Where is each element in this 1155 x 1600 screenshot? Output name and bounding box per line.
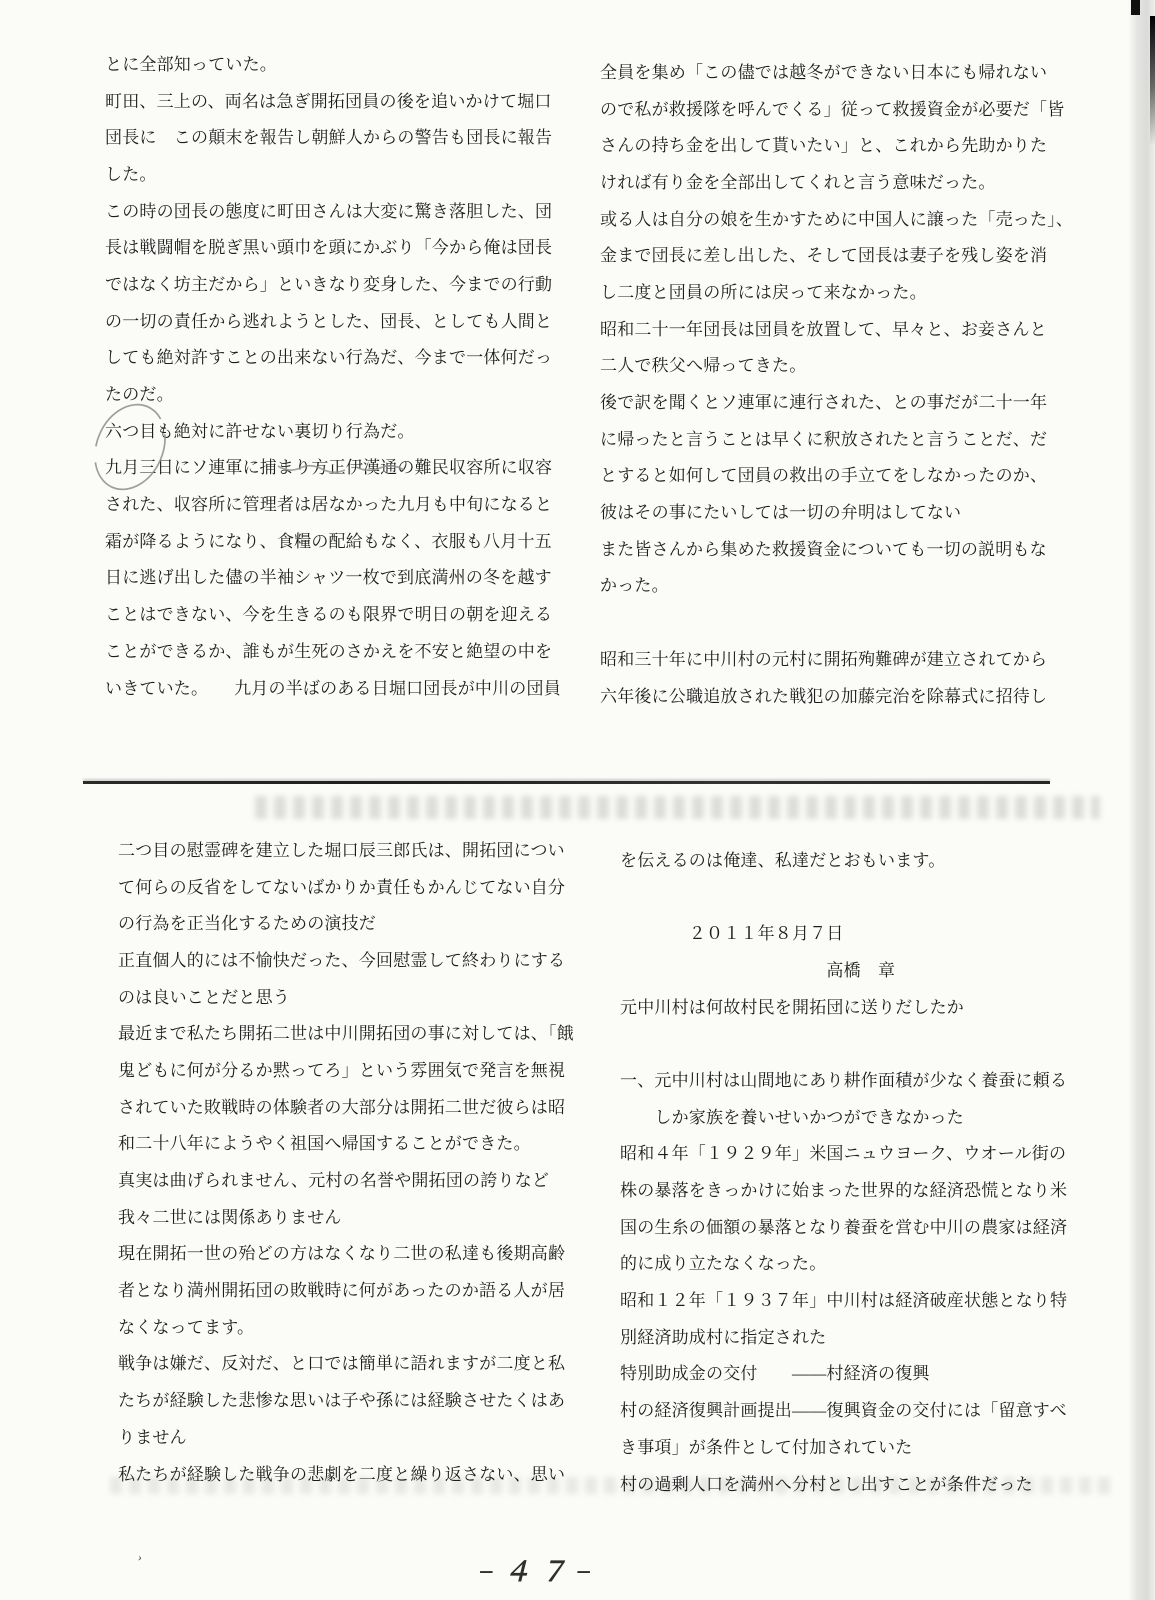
text-line: なくなってます。: [118, 1307, 574, 1344]
text-line: 昭和４年「１９２９年」米国ニュウヨーク、ウオール街の: [620, 1134, 1067, 1171]
text-line: 後で訳を聞くとソ連軍に連行された、との事だが二十一年: [600, 382, 1073, 419]
text-line: されていた敗戦時の体験者の大部分は開拓二世だ彼らは昭: [118, 1087, 574, 1124]
text-line: しか家族を養いせいかつができなかった: [620, 1097, 1067, 1134]
text-line: のは良いことだと思う: [118, 977, 574, 1014]
text-line: 村の経済復興計画提出――復興資金の交付には「留意すべ: [620, 1390, 1067, 1427]
text-line: [600, 602, 1073, 639]
text-line: 六年後に公職追放された戦犯の加藤完治を除幕式に招待し: [600, 676, 1073, 713]
text-line: 高橋 章: [620, 950, 1067, 987]
bleed-through-ghost-text: [255, 796, 1100, 819]
text-line: ２０１１年８月７日: [620, 913, 1067, 950]
text-line: 全員を集め「この儘では越冬ができない日本にも帰れない: [600, 52, 1073, 89]
text-line: に帰ったと言うことは早くに釈放されたと言うことだ、だ: [600, 419, 1073, 456]
text-line: き事項」が条件として付加されていた: [620, 1427, 1067, 1464]
text-line: いきていた。 九月の半ばのある日堀口団長が中川の団員: [105, 668, 561, 705]
text-line: かった。: [600, 566, 1073, 603]
text-line: 村の過剰人口を満州へ分村とし出すことが条件だった: [620, 1464, 1067, 1501]
text-line: 私たちが経験した戦争の悲劇を二度と繰り返さない、思い: [118, 1454, 574, 1491]
text-line: ことはできない、今を生きるのも限界で明日の朝を迎える: [105, 594, 561, 631]
text-line: 別経済助成村に指定された: [620, 1317, 1067, 1354]
page-number: −４７−: [478, 1550, 601, 1589]
text-line: しても絶対許すことの出来ない行為だ、今まで一体何だっ: [105, 338, 561, 375]
text-line: 戦争は嫌だ、反対だ、と口では簡単に語れますが二度と私: [118, 1344, 574, 1381]
text-line: 日に逃げ出した儘の半袖シャツ一枚で到底満州の冬を越す: [105, 558, 561, 595]
text-line: 昭和三十年に中川村の元村に開拓殉難碑が建立されてから: [600, 639, 1073, 676]
text-line: ので私が救援隊を呼んでくる」従って救援資金が必要だ「皆: [600, 89, 1073, 126]
text-line: 彼はその事にたいしては一切の弁明はしてない: [600, 492, 1073, 529]
top-left-text-column: とに全部知っていた。町田、三上の、両名は急ぎ開拓団員の後を追いかけて堀口団長に …: [105, 44, 561, 704]
text-line: された、収容所に管理者は居なかった九月も中旬になると: [105, 484, 561, 521]
text-line: 的に成り立たなくなった。: [620, 1244, 1067, 1281]
text-line: 長は戦闘帽を脱ぎ黒い頭巾を頭にかぶり「今から俺は団長: [105, 227, 561, 264]
text-line: 特別助成金の交付 ――村経済の復興: [620, 1354, 1067, 1391]
bottom-left-text-column: 二つ目の慰霊碑を建立した堀口辰三郎氏は、開拓団について何らの反省をしてないばかり…: [118, 830, 574, 1490]
text-line: 現在開拓一世の殆どの方はなくなり二世の私達も後期高齢: [118, 1234, 574, 1271]
text-line: りません: [118, 1417, 574, 1454]
scan-artifact-top-right: [1131, 0, 1140, 15]
text-line: 昭和１２年「１９３７年」中川村は経済破産状態となり特: [620, 1280, 1067, 1317]
text-line: 昭和二十一年団長は団員を放置して、早々と、お妾さんと: [600, 309, 1073, 346]
text-line: 霜が降るようになり、食糧の配給もなく、衣服も八月十五: [105, 521, 561, 558]
text-line: 和二十八年にようやく祖国へ帰国することができた。: [118, 1124, 574, 1161]
text-line: 我々二世には関係ありません: [118, 1197, 574, 1234]
text-line: ことができるか、誰もが生死のさかえを不安と絶望の中を: [105, 631, 561, 668]
text-line: て何らの反省をしてないばかりか責任もかんじてない自分: [118, 867, 574, 904]
text-line: 株の暴落をきっかけに始まった世界的な経済恐慌となり米: [620, 1170, 1067, 1207]
text-line: の行為を正当化するための演技だ: [118, 903, 574, 940]
text-line: この時の団長の態度に町田さんは大変に驚き落胆した、団: [105, 191, 561, 228]
text-line: [620, 1023, 1067, 1060]
text-line: 或る人は自分の娘を生かすために中国人に譲った「売った」、: [600, 199, 1073, 236]
text-line: ければ有り金を全部出してくれと言う意味だった。: [600, 162, 1073, 199]
text-line: たのだ。: [105, 374, 561, 411]
text-line: とに全部知っていた。: [105, 44, 561, 81]
section-divider-line: [83, 781, 1050, 784]
text-line: また皆さんから集めた救援資金についても一切の説明もな: [600, 529, 1073, 566]
text-line: 団長に この顛末を報告し朝鮮人からの警告も団長に報告: [105, 117, 561, 154]
scan-artifact-right-stripe: [1150, 16, 1155, 146]
text-line: 町田、三上の、両名は急ぎ開拓団員の後を追いかけて堀口: [105, 81, 561, 118]
scan-speck: ›: [136, 1550, 143, 1566]
text-line: 六つ目も絶対に許せない裏切り行為だ。: [105, 411, 561, 448]
text-line: ではなく坊主だから」といきなり変身した、今までの行動: [105, 264, 561, 301]
text-line: 二人で秩父へ帰ってきた。: [600, 346, 1073, 383]
text-line: 国の生糸の価額の暴落となり養蚕を営む中川の農家は経済: [620, 1207, 1067, 1244]
text-line: 二つ目の慰霊碑を建立した堀口辰三郎氏は、開拓団につい: [118, 830, 574, 867]
text-line: 一、元中川村は山間地にあり耕作面積が少なく養蚕に頼る: [620, 1060, 1067, 1097]
text-line: 者となり満州開拓団の敗戦時に何があったのか語る人が居: [118, 1270, 574, 1307]
top-right-text-column: 全員を集め「この儘では越冬ができない日本にも帰れないので私が救援隊を呼んでくる」…: [600, 52, 1073, 712]
text-line: [620, 877, 1067, 914]
text-line: さんの持ち金を出して貰いたい」と、これから先助かりた: [600, 125, 1073, 162]
text-line: 最近まで私たち開拓二世は中川開拓団の事に対しては、「餓: [118, 1013, 574, 1050]
text-line: を伝えるのは俺達、私達だとおもいます。: [620, 840, 1067, 877]
scanned-document-page: とに全部知っていた。町田、三上の、両名は急ぎ開拓団員の後を追いかけて堀口団長に …: [0, 0, 1155, 1600]
text-line: の一切の責任から逃れようとした、団長、としても人間と: [105, 301, 561, 338]
text-line: とすると如何して団員の救出の手立てをしなかったのか、: [600, 456, 1073, 493]
text-line: 金まで団長に差し出した、そして団長は妻子を残し姿を消: [600, 235, 1073, 272]
text-line: 九月三日にソ連軍に捕まり方正伊漢通の難民収容所に収容: [105, 448, 561, 485]
bottom-right-text-column: を伝えるのは俺達、私達だとおもいます。 ２０１１年８月７日 高橋 章元中川村は何…: [620, 840, 1067, 1500]
text-line: 真実は曲げられません、元村の名誉や開拓団の誇りなど: [118, 1160, 574, 1197]
text-line: 正直個人的には不愉快だった、今回慰霊して終わりにする: [118, 940, 574, 977]
text-line: 鬼どもに何が分るか黙ってろ」という雰囲気で発言を無視: [118, 1050, 574, 1087]
text-line: たちが経験した悲惨な思いは子や孫には経験させたくはあ: [118, 1380, 574, 1417]
text-line: し二度と団員の所には戻って来なかった。: [600, 272, 1073, 309]
text-line: した。: [105, 154, 561, 191]
scan-edge-shadow: [1128, 0, 1155, 1600]
text-line: 元中川村は何故村民を開拓団に送りだしたか: [620, 987, 1067, 1024]
